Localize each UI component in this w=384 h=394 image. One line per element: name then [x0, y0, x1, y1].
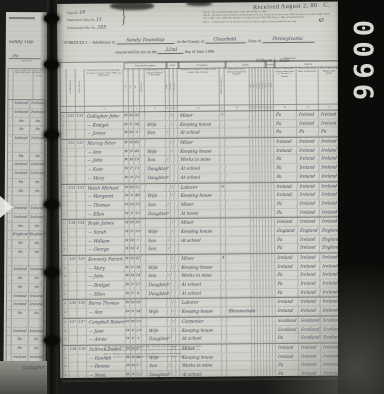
cell-occupation: Keeping house	[179, 263, 222, 271]
cell-name: — Bridget	[85, 121, 125, 129]
cell-father-birthplace: Ireland	[298, 288, 321, 296]
cell-sickness	[227, 362, 253, 370]
cell-father-birthplace: Ireland	[298, 262, 321, 270]
ink-smudge	[186, 1, 212, 6]
cell-birthplace: Pa	[274, 120, 298, 128]
cell-relationship	[145, 184, 167, 192]
cell-sickness	[226, 236, 252, 244]
cell-sickness	[225, 200, 251, 208]
cell-father-birthplace: England	[12, 231, 30, 239]
cell-father-birthplace: Ireland	[298, 280, 321, 288]
district-fields: Page No. 19 Supervisor's Dist. No. 11 En…	[67, 11, 106, 34]
cell-name: — Sarah	[86, 228, 126, 236]
cell-name: — John	[85, 157, 125, 165]
cell-birthplace: Pa	[275, 289, 299, 297]
census-scan-image: Sandy Twp Pa Enumerator. Place of Birth …	[0, 0, 384, 394]
cell-occupation: Keeping house	[178, 192, 221, 200]
cell-father-birthplace: Pa	[297, 128, 320, 136]
cell-name: — Thomas	[85, 201, 125, 209]
column-header-label: Read	[268, 84, 270, 88]
cell-mother-birthplace: England	[29, 231, 46, 239]
cell-father-birthplace: Ireland	[297, 155, 320, 163]
cell-sickness	[225, 120, 251, 128]
binding-fastener	[44, 200, 59, 209]
cell-occupation: At school	[178, 173, 221, 181]
cell-father-birthplace: Ireland	[298, 244, 321, 252]
column-header-label: Deaf	[253, 84, 255, 88]
cell-relationship: Wife	[145, 121, 167, 129]
column-header: Family number	[76, 69, 85, 106]
cell-relationship: Wife	[145, 192, 167, 200]
cell-name: Murray Peter	[85, 139, 125, 147]
table-row: IrelandIreland	[7, 301, 43, 310]
cell-birthplace: England	[275, 227, 299, 235]
cell-birthplace: Pa	[276, 370, 300, 378]
cell-father-birthplace: Ireland	[297, 138, 320, 146]
cell-father-birthplace: Ireland	[298, 235, 321, 243]
table-row: PaPa	[7, 336, 43, 345]
cell-name: — Mary	[86, 264, 126, 272]
cell-name: Boyle James	[86, 220, 126, 228]
cell-mother-birthplace: Pa	[29, 284, 46, 292]
cell-father-birthplace	[12, 258, 30, 266]
county-value: Clearfield	[214, 37, 237, 42]
cell-birthplace: Pa	[274, 155, 298, 163]
column-header-label: Write	[271, 83, 273, 88]
column-header-label: The Name of each Person whose place of a…	[85, 68, 123, 105]
cell-occupation: Miner	[179, 219, 222, 227]
column-header-label: Age	[135, 85, 137, 88]
cell-birthplace: Pa	[274, 200, 298, 208]
cell-occupation: Keeping house	[179, 228, 222, 236]
cell-birthplace: Ireland	[275, 307, 299, 315]
column-header: Place of Birth of this person, naming St…	[274, 67, 297, 104]
township-value: Sandy Township	[126, 38, 164, 43]
cell-birthplace: Pa	[274, 164, 298, 172]
cell-mother-birthplace: Pa	[29, 179, 46, 187]
table-row	[8, 144, 44, 153]
cell-occupation: At school	[180, 335, 223, 343]
handwriting-bleed: Gallagher	[22, 356, 46, 375]
binding-fastener	[44, 336, 59, 345]
cell-sickness	[226, 227, 252, 235]
cell-name: — Ellen	[86, 290, 126, 298]
cell-sickness	[225, 183, 251, 191]
table-row: PaPa	[8, 126, 44, 135]
cell-relationship: Son	[146, 245, 168, 253]
table-row: IrelandIreland	[8, 214, 44, 223]
cell-relationship: Son	[145, 201, 167, 209]
left-page-rows: IrelandIrelandIrelandIrelandPaPaPaPaIrel…	[5, 100, 45, 394]
table-row: PaPa	[8, 179, 44, 188]
cell-father-birthplace: Ireland	[297, 164, 320, 172]
cell-relationship	[146, 219, 168, 227]
cell-mother-birthplace: Pa	[29, 249, 46, 257]
column-header-label: Place of Birth of the Father of this per…	[297, 67, 318, 104]
column-header: Place of Birth of the Father of this per…	[297, 67, 319, 104]
cell-name: Gallagher John	[85, 112, 125, 120]
column-header-label: Family number	[79, 81, 81, 93]
census-page: Received August 2, 80C. 67 Note A.—The C…	[57, 2, 343, 378]
cell-father-birthplace: Ireland	[12, 161, 30, 169]
previous-page-edge: Sandy Twp Pa Enumerator. Place of Birth …	[4, 12, 48, 362]
cell-father-birthplace: Ireland	[12, 293, 30, 301]
cell-relationship	[145, 112, 167, 120]
cell-father-birthplace	[11, 319, 29, 327]
cell-birthplace: Ireland	[275, 218, 299, 226]
cell-father-birthplace: Ireland	[299, 370, 322, 378]
enumeration-district-value: 255	[97, 25, 106, 30]
schedule-title-line: SCHEDULE 1.—Inhabitants in Sandy Townshi…	[63, 36, 335, 55]
cell-relationship: Daughter	[147, 371, 169, 379]
column-header: The Name of each Person whose place of a…	[85, 68, 124, 105]
cell-father-birthplace: Ireland	[12, 205, 30, 213]
cell-name: — Jane	[86, 327, 126, 335]
footnotes: Note A.—In the column for Color, write W…	[104, 345, 280, 360]
cell-occupation: At home	[178, 209, 221, 217]
cell-father-birthplace: Pa	[11, 336, 29, 344]
cell-occupation: Works in mine	[178, 156, 221, 164]
table-row: IrelandIreland	[8, 109, 44, 118]
cell-occupation: At school	[179, 236, 222, 244]
cell-mother-birthplace: Pa	[29, 240, 46, 248]
cell-birthplace: Ireland	[274, 191, 298, 199]
cell-sickness	[226, 263, 252, 271]
cell-name: — Bridget	[86, 281, 126, 289]
cell-sickness	[225, 129, 251, 137]
table-row: EnglandEngland	[7, 231, 43, 240]
cell-relationship: Son	[145, 129, 167, 137]
cell-father-birthplace: Ireland	[297, 146, 320, 154]
census-rows: 1131131Gallagher JohnWM38/Miner3PaIrelan…	[60, 110, 342, 382]
cell-occupation	[179, 245, 222, 253]
cell-sickness	[226, 219, 252, 227]
cell-relationship: Daughter	[145, 210, 167, 218]
column-header-label: Month born	[141, 82, 143, 92]
cell-occupation: Miner	[178, 139, 221, 147]
column-header-label: Place of Birth of this person, naming St…	[274, 67, 296, 104]
cell-mother-birthplace	[28, 319, 45, 327]
cell-father-birthplace: Ireland	[297, 111, 320, 119]
cell-father-birthplace: Ireland	[297, 182, 320, 190]
cell-relationship: Wife	[145, 148, 167, 156]
cell-sickness	[226, 289, 252, 297]
form-instructions: Note A.—The Census Year begins June 1, 1…	[203, 11, 335, 25]
cell-mother-birthplace: Pa	[28, 310, 45, 318]
cell-mother-birthplace: Ireland	[29, 161, 46, 169]
cell-occupation: Works in mine	[179, 272, 222, 280]
microfilm-frame-number: 0096	[347, 20, 378, 105]
cell-mother-birthplace	[29, 258, 46, 266]
cell-sickness	[226, 272, 252, 280]
column-header-row: Dwelling numberFamily numberThe Name of …	[61, 67, 341, 106]
cell-name: — George	[86, 246, 126, 254]
cell-birthplace: Pa	[276, 334, 300, 342]
cell-birthplace: Pa	[275, 236, 299, 244]
column-header-label: Maimed	[262, 82, 264, 89]
cell-occupation: Carpenter	[179, 317, 222, 325]
cell-relationship: Wife	[146, 308, 168, 316]
column-header-label: Profession, Occupation, or Trade of each…	[178, 68, 219, 105]
cell-father-birthplace: Ireland	[13, 109, 31, 117]
cell-birthplace: Pa	[274, 173, 298, 181]
left-page-header: Place of Birth of the Father of this per…	[7, 68, 45, 100]
cell-mother-birthplace: Pa	[29, 223, 46, 231]
cell-father-birthplace: Pa	[12, 179, 30, 187]
cell-name: Campbell Robert	[86, 318, 126, 326]
cell-sickness	[226, 299, 252, 307]
table-row: PaPa	[7, 249, 43, 258]
cell-relationship: Son	[146, 237, 168, 245]
cell-sickness	[227, 334, 253, 342]
table-row: IrelandIreland	[8, 170, 44, 179]
cell-name: — Nora	[87, 371, 127, 379]
cell-occupation: At school	[179, 289, 222, 297]
table-row: PaPa	[7, 345, 43, 354]
cell-relationship: Son	[147, 362, 169, 370]
ink-smudge	[110, 2, 154, 10]
cell-father-birthplace: Pa	[12, 223, 30, 231]
supervisor-district-value: 11	[96, 18, 102, 23]
cell-sickness	[225, 111, 251, 119]
cell-name: — William	[86, 237, 126, 245]
cell-mother-birthplace: Pa	[28, 336, 45, 344]
cell-name: — James	[85, 130, 125, 138]
cell-relationship: Wife	[146, 264, 168, 272]
cell-sickness	[227, 370, 253, 378]
cell-occupation: At school	[178, 165, 221, 173]
cell-father-birthplace: Pa	[12, 275, 30, 283]
cell-occupation: At school	[178, 129, 221, 137]
cell-sickness	[225, 156, 251, 164]
cell-name: — John	[86, 273, 126, 281]
cell-relationship	[146, 318, 168, 326]
cell-birthplace: Scotland	[275, 325, 299, 333]
binding-fastener	[44, 60, 59, 69]
cell-birthplace: Ireland	[274, 182, 298, 190]
cell-mother-birthplace: Ireland	[30, 100, 47, 108]
cell-father-birthplace: Ireland	[299, 361, 322, 369]
cell-father-birthplace: England	[298, 227, 321, 235]
cell-mother-birthplace: Pa	[29, 188, 46, 196]
signature-line	[9, 58, 41, 59]
cell-mother-birthplace: Ireland	[29, 205, 46, 213]
cell-birthplace: Ireland	[275, 263, 299, 271]
cell-name: — Mary	[85, 174, 125, 182]
cell-mother-birthplace: Ireland	[29, 293, 46, 301]
binding-fastener	[44, 130, 59, 139]
table-row: IrelandIreland	[8, 205, 44, 214]
table-row: IrelandIreland	[8, 135, 44, 144]
column-header: Dwelling number	[67, 69, 76, 106]
state-value: Pennsylvania	[272, 37, 303, 42]
cell-relationship: Wife	[146, 228, 168, 236]
column-header-label: Months unemployed	[221, 78, 223, 95]
cell-father-birthplace: Ireland	[298, 218, 321, 226]
cell-mother-birthplace: Ireland	[29, 301, 46, 309]
census-table: Personal DescriptionCivil ConditionOccup…	[60, 60, 343, 382]
cell-occupation: Keeping house	[179, 326, 222, 334]
cell-occupation: Laborer	[178, 183, 221, 191]
ink-smudge	[9, 17, 35, 19]
column-header-label: Idiotic	[256, 83, 258, 88]
cell-father-birthplace: Ireland	[299, 352, 322, 360]
cell-birthplace: Pa	[276, 361, 300, 369]
cell-occupation: Laborer	[179, 299, 222, 307]
column-header-label: Color	[125, 85, 127, 90]
cell-father-birthplace: Pa	[12, 284, 30, 292]
cell-name: — Dennis	[87, 363, 127, 371]
cell-father-birthplace: Scotland	[299, 334, 322, 342]
cell-occupation: Keeping house	[178, 120, 221, 128]
cell-sickness: Rheumatism	[226, 307, 252, 315]
table-row	[7, 319, 43, 328]
microfilm-strip: 0096	[338, 0, 384, 394]
cell-relationship: Son	[145, 156, 167, 164]
cell-occupation: Miner	[178, 112, 221, 120]
column-header-label: Single	[166, 84, 168, 89]
cell-father-birthplace: Ireland	[298, 254, 321, 262]
cell-relationship: Daughter	[146, 281, 168, 289]
cell-relationship: Daughter	[145, 174, 167, 182]
column-header-label: Blind	[250, 84, 252, 88]
cell-occupation: Miner	[178, 200, 221, 208]
cell-mother-birthplace: Pa	[29, 275, 46, 283]
cell-occupation: Miner	[179, 255, 222, 263]
cell-relationship: Daughter	[145, 165, 167, 173]
cell-mother-birthplace: Pa	[28, 345, 45, 353]
cell-father-birthplace: Ireland	[13, 100, 31, 108]
column-header-label: Sex	[130, 85, 132, 88]
cell-sickness	[225, 173, 251, 181]
cell-father-birthplace: Pa	[13, 118, 31, 126]
cell-father-birthplace: Pa	[11, 345, 29, 353]
column-header-label: Place of Birth of the Mother of this per…	[319, 67, 340, 104]
day-value: 22nd	[165, 48, 177, 53]
cell-birthplace: Pa	[274, 111, 298, 119]
cell-occupation: Works in mine	[180, 362, 223, 370]
table-row	[8, 196, 44, 205]
column-header-label: School	[265, 83, 267, 89]
cell-father-birthplace: Ireland	[297, 191, 320, 199]
cell-name: — Ann	[85, 148, 125, 156]
cell-father-birthplace: Ireland	[297, 119, 320, 127]
column-header-label: Dwelling number	[70, 80, 72, 94]
column-header: Is the person sick or otherwise temporar…	[225, 67, 250, 104]
cell-father-birthplace: Pa	[12, 240, 30, 248]
cell-mother-birthplace: Ireland	[28, 328, 45, 336]
cell-father-birthplace: Ireland	[298, 298, 321, 306]
cell-father-birthplace: Ireland	[13, 135, 31, 143]
cell-name: Burns Thomas	[86, 300, 126, 308]
column-header-label: Married	[170, 83, 172, 89]
table-row: PaPa	[7, 284, 43, 293]
cell-birthplace: Scotland	[275, 317, 299, 325]
cell-father-birthplace: Ireland	[12, 170, 30, 178]
cell-birthplace: Pa	[275, 280, 299, 288]
cell-father-birthplace: Ireland	[297, 173, 320, 181]
column-header-label: Relationship of each person to the head …	[145, 68, 165, 105]
cell-sickness	[225, 147, 251, 155]
cell-mother-birthplace: Ireland	[30, 109, 47, 117]
cell-birthplace: Pa	[274, 128, 298, 136]
cell-occupation: At school	[180, 371, 223, 379]
binding-fastener	[44, 268, 59, 277]
table-row: 30— NoraWF12Daughter/At schoolPaIrelandI…	[63, 369, 341, 380]
cell-sickness	[226, 254, 252, 262]
cell-relationship	[146, 299, 168, 307]
cell-birthplace: Pa	[275, 271, 299, 279]
cell-father-birthplace: Pa	[11, 310, 29, 318]
cell-relationship	[146, 255, 168, 263]
cell-name: Kennedy Patrick	[86, 255, 126, 263]
cell-father-birthplace: Pa	[13, 153, 31, 161]
table-row: IrelandIreland	[7, 266, 43, 275]
cell-mother-birthplace: Ireland	[29, 170, 46, 178]
cell-father-birthplace: Ireland	[11, 328, 29, 336]
cell-birthplace: Pa	[275, 244, 299, 252]
table-row: PaPa	[7, 275, 43, 284]
cell-sickness	[226, 317, 252, 325]
cell-mother-birthplace: Pa	[30, 153, 47, 161]
cell-mother-birthplace: Ireland	[29, 214, 46, 222]
binding-fastener	[44, 14, 59, 23]
cell-birthplace: Ireland	[275, 254, 299, 262]
left-page-table: Place of Birth of the Father of this per…	[5, 68, 45, 394]
cell-sickness	[225, 192, 251, 200]
cell-father-birthplace: Ireland	[12, 266, 30, 274]
cell-mother-birthplace	[30, 144, 47, 152]
cell-sickness	[225, 209, 251, 217]
enumerator-label: Enumerator.	[22, 60, 33, 62]
cell-birthplace: Ireland	[274, 138, 298, 146]
cell-name: — Ann	[86, 309, 126, 317]
cell-occupation: Keeping house	[179, 308, 222, 316]
cell-father-birthplace	[12, 196, 30, 204]
cell-name: — Ellen	[85, 210, 125, 218]
cell-father-birthplace: Ireland	[297, 208, 320, 216]
cell-occupation: Keeping house	[178, 147, 221, 155]
cell-relationship: Wife	[146, 327, 168, 335]
cell-name: — Annie	[87, 336, 127, 344]
page-number-value: 19	[79, 11, 85, 16]
cell-father-birthplace: Ireland	[298, 307, 321, 315]
cell-relationship	[145, 139, 167, 147]
cell-father-birthplace: Ireland	[12, 214, 30, 222]
cell-sickness	[225, 138, 251, 146]
column-header-label: Is the person sick or otherwise temporar…	[225, 67, 249, 104]
column-header-label: Widowed	[174, 83, 176, 91]
cell-relationship: Daughter	[147, 335, 169, 343]
cell-sickness	[226, 245, 252, 253]
cell-father-birthplace: Ireland	[298, 271, 321, 279]
table-row: PaPa	[7, 310, 43, 319]
cell-relationship: Daughter	[146, 290, 168, 298]
cell-relationship: Son	[146, 272, 168, 280]
cell-father-birthplace: Scotland	[298, 317, 321, 325]
cell-father-birthplace: Pa	[13, 126, 31, 134]
cell-mother-birthplace: Pa	[30, 118, 47, 126]
cell-father-birthplace: Pa	[12, 188, 30, 196]
cell-name: Walsh Michael	[85, 184, 125, 192]
cell-birthplace: Ireland	[275, 298, 299, 306]
column-header-label: Insane	[259, 83, 261, 88]
cell-father-birthplace: Ireland	[299, 344, 322, 352]
cell-father-birthplace: Ireland	[297, 200, 320, 208]
handwritten-note: Pa	[13, 44, 19, 62]
table-header: Personal DescriptionCivil ConditionOccup…	[60, 60, 340, 112]
cell-birthplace: Ireland	[274, 147, 298, 155]
